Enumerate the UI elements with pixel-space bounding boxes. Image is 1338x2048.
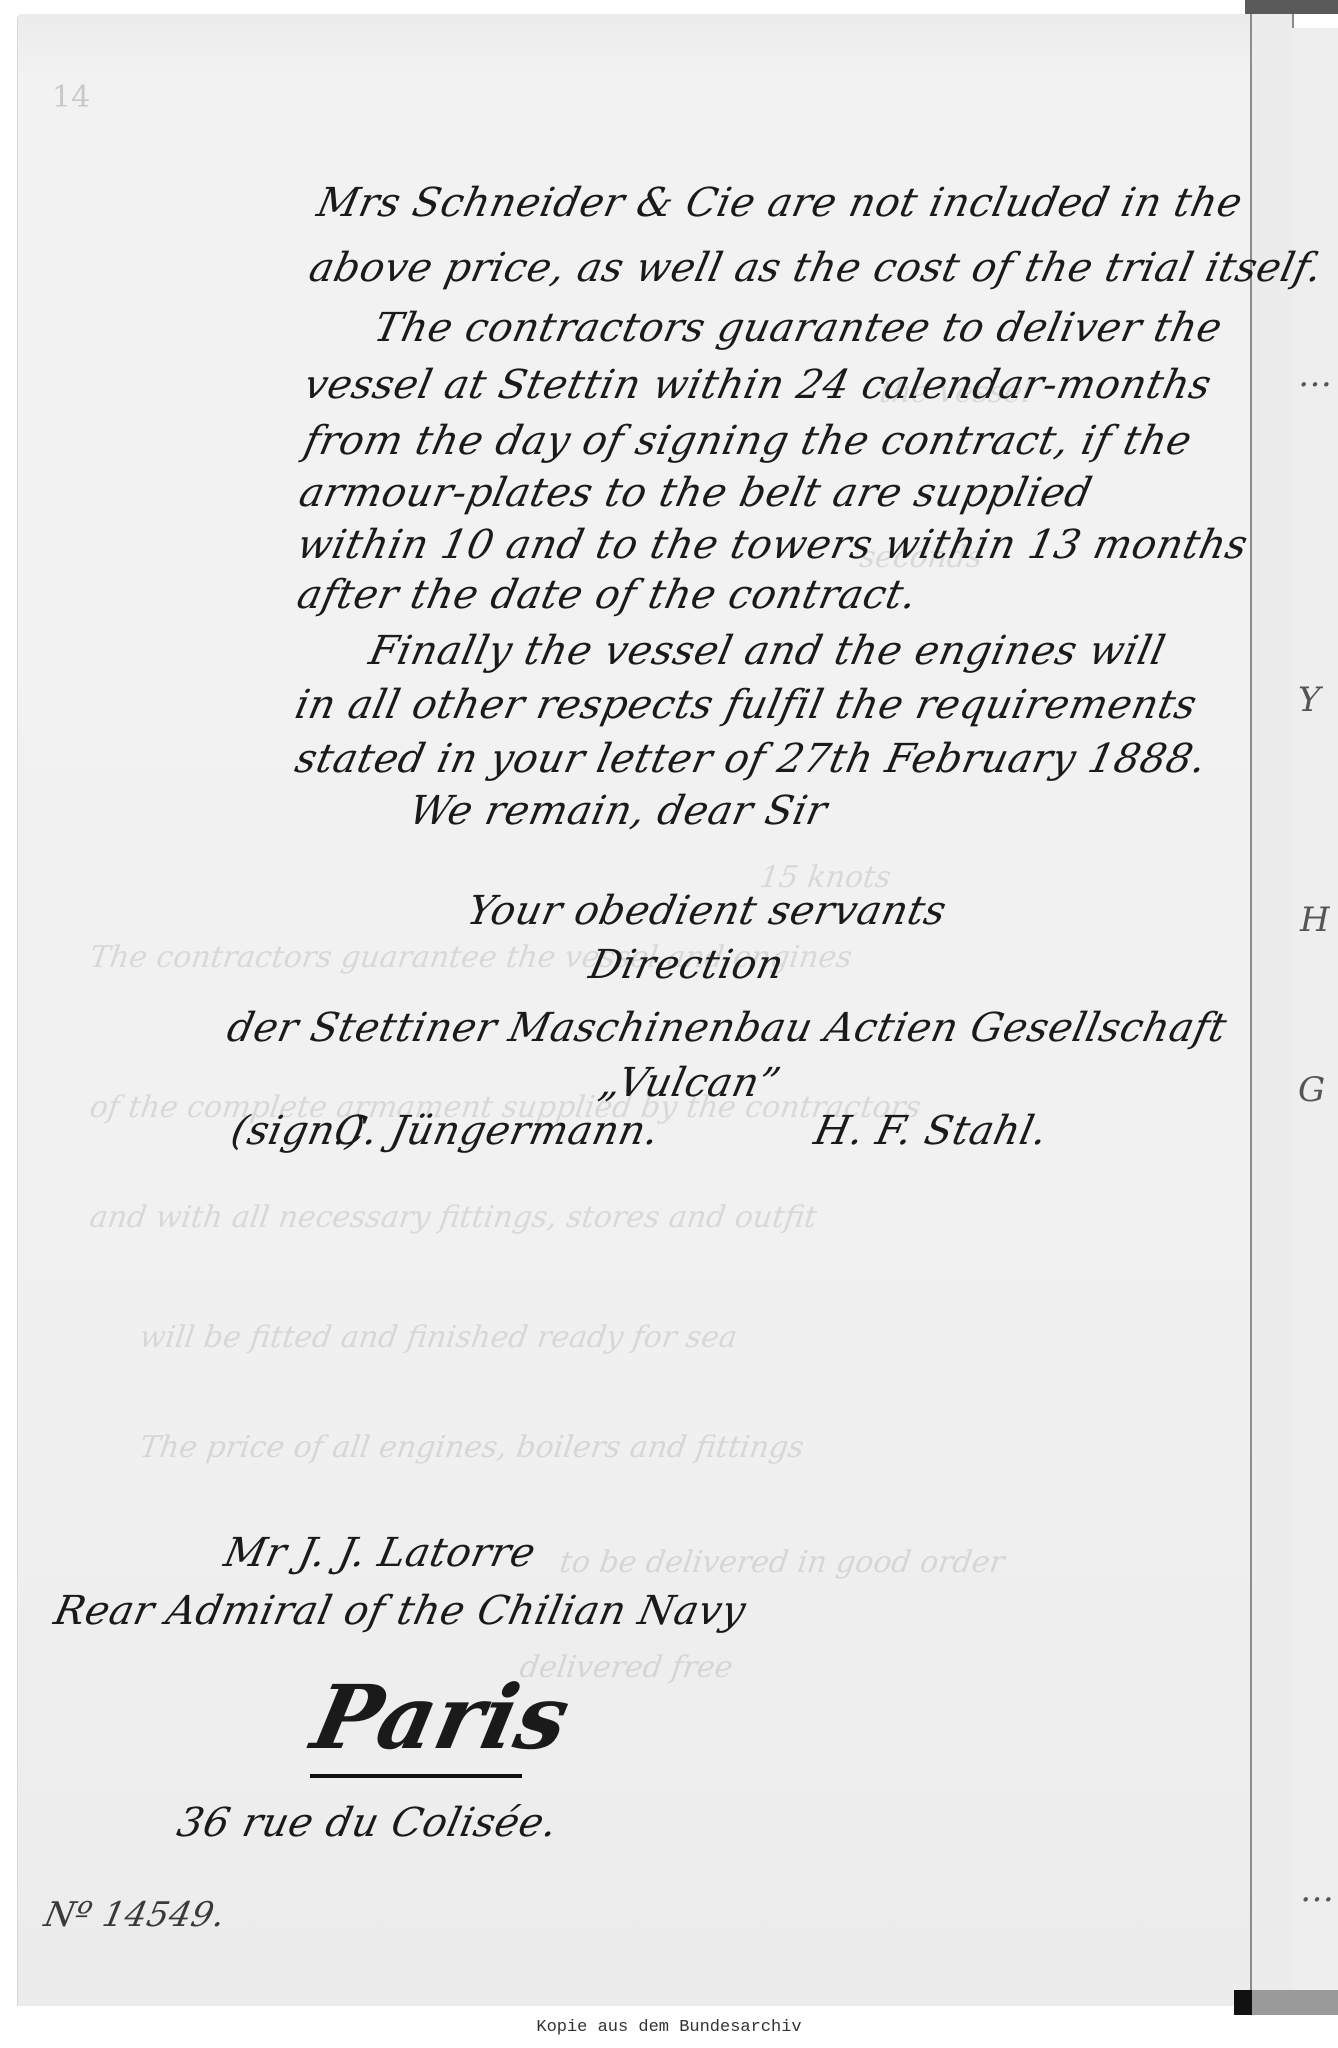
letter-line: after the date of the contract. (293, 572, 921, 618)
archive-watermark: Kopie aus dem Bundesarchiv (0, 2018, 1338, 2037)
closing-company-name: „Vulcan” (595, 1060, 785, 1106)
letter-line: vessel at Stettin within 24 calendar-mon… (300, 362, 1215, 408)
page-fold-strip (1250, 14, 1294, 2006)
page-number-mark: 14 (52, 80, 90, 115)
addressee-street: 36 rue du Colisée. (173, 1800, 562, 1846)
addressee-title: Rear Admiral of the Chilian Navy (50, 1588, 750, 1634)
letter-line: stated in your letter of 27th February 1… (291, 736, 1211, 782)
letter-line: Mrs Schneider & Cie are not included in … (313, 180, 1246, 226)
city-underline (310, 1774, 522, 1778)
binding-edge-bottom (1234, 1990, 1338, 2015)
letter-line: Finally the vessel and the engines will (365, 628, 1169, 674)
addressee-name: Mr J. J. Latorre (220, 1530, 540, 1576)
letter-line: The contractors guarantee to deliver the (370, 305, 1226, 351)
bleed-through-text: to be delivered in good order (558, 1545, 1007, 1580)
closing-company: der Stettiner Maschinenbau Actien Gesell… (223, 1005, 1231, 1051)
adjacent-page-fragment: G (1298, 1070, 1325, 1110)
closing-salutation: Your obedient servants (463, 888, 950, 934)
letter-line: from the day of signing the contract, if… (300, 418, 1196, 464)
adjacent-page-fragment: Y (1298, 680, 1320, 720)
bleed-through-text: The price of all engines, boilers and fi… (138, 1430, 807, 1465)
addressee-city: Paris (304, 1665, 579, 1769)
letter-line: within 10 and to the towers within 13 mo… (293, 522, 1252, 568)
adjacent-page-fragment: … (1300, 1870, 1334, 1910)
letter-line: above price, as well as the cost of the … (305, 245, 1326, 291)
signature-jungermann: C. Jüngermann. (330, 1108, 663, 1154)
closing-department: Direction (585, 942, 788, 988)
letter-line: armour-plates to the belt are supplied (295, 470, 1096, 516)
letter-line: in all other respects fulfil the require… (291, 682, 1201, 728)
adjacent-page-fragment: … (1298, 355, 1332, 395)
bleed-through-text: and with all necessary fittings, stores … (88, 1200, 819, 1235)
letter-line: We remain, dear Sir (405, 788, 831, 834)
adjacent-page (1292, 28, 1338, 2006)
bleed-through-text: will be fitted and finished ready for se… (138, 1320, 740, 1355)
reference-number: Nº 14549. (41, 1895, 230, 1935)
adjacent-page-fragment: H (1300, 900, 1330, 940)
binding-edge-top (1245, 0, 1338, 14)
scanned-document: the vessel seconds 15 knots The contract… (0, 0, 1338, 2015)
signature-stahl: H. F. Stahl. (810, 1108, 1052, 1154)
